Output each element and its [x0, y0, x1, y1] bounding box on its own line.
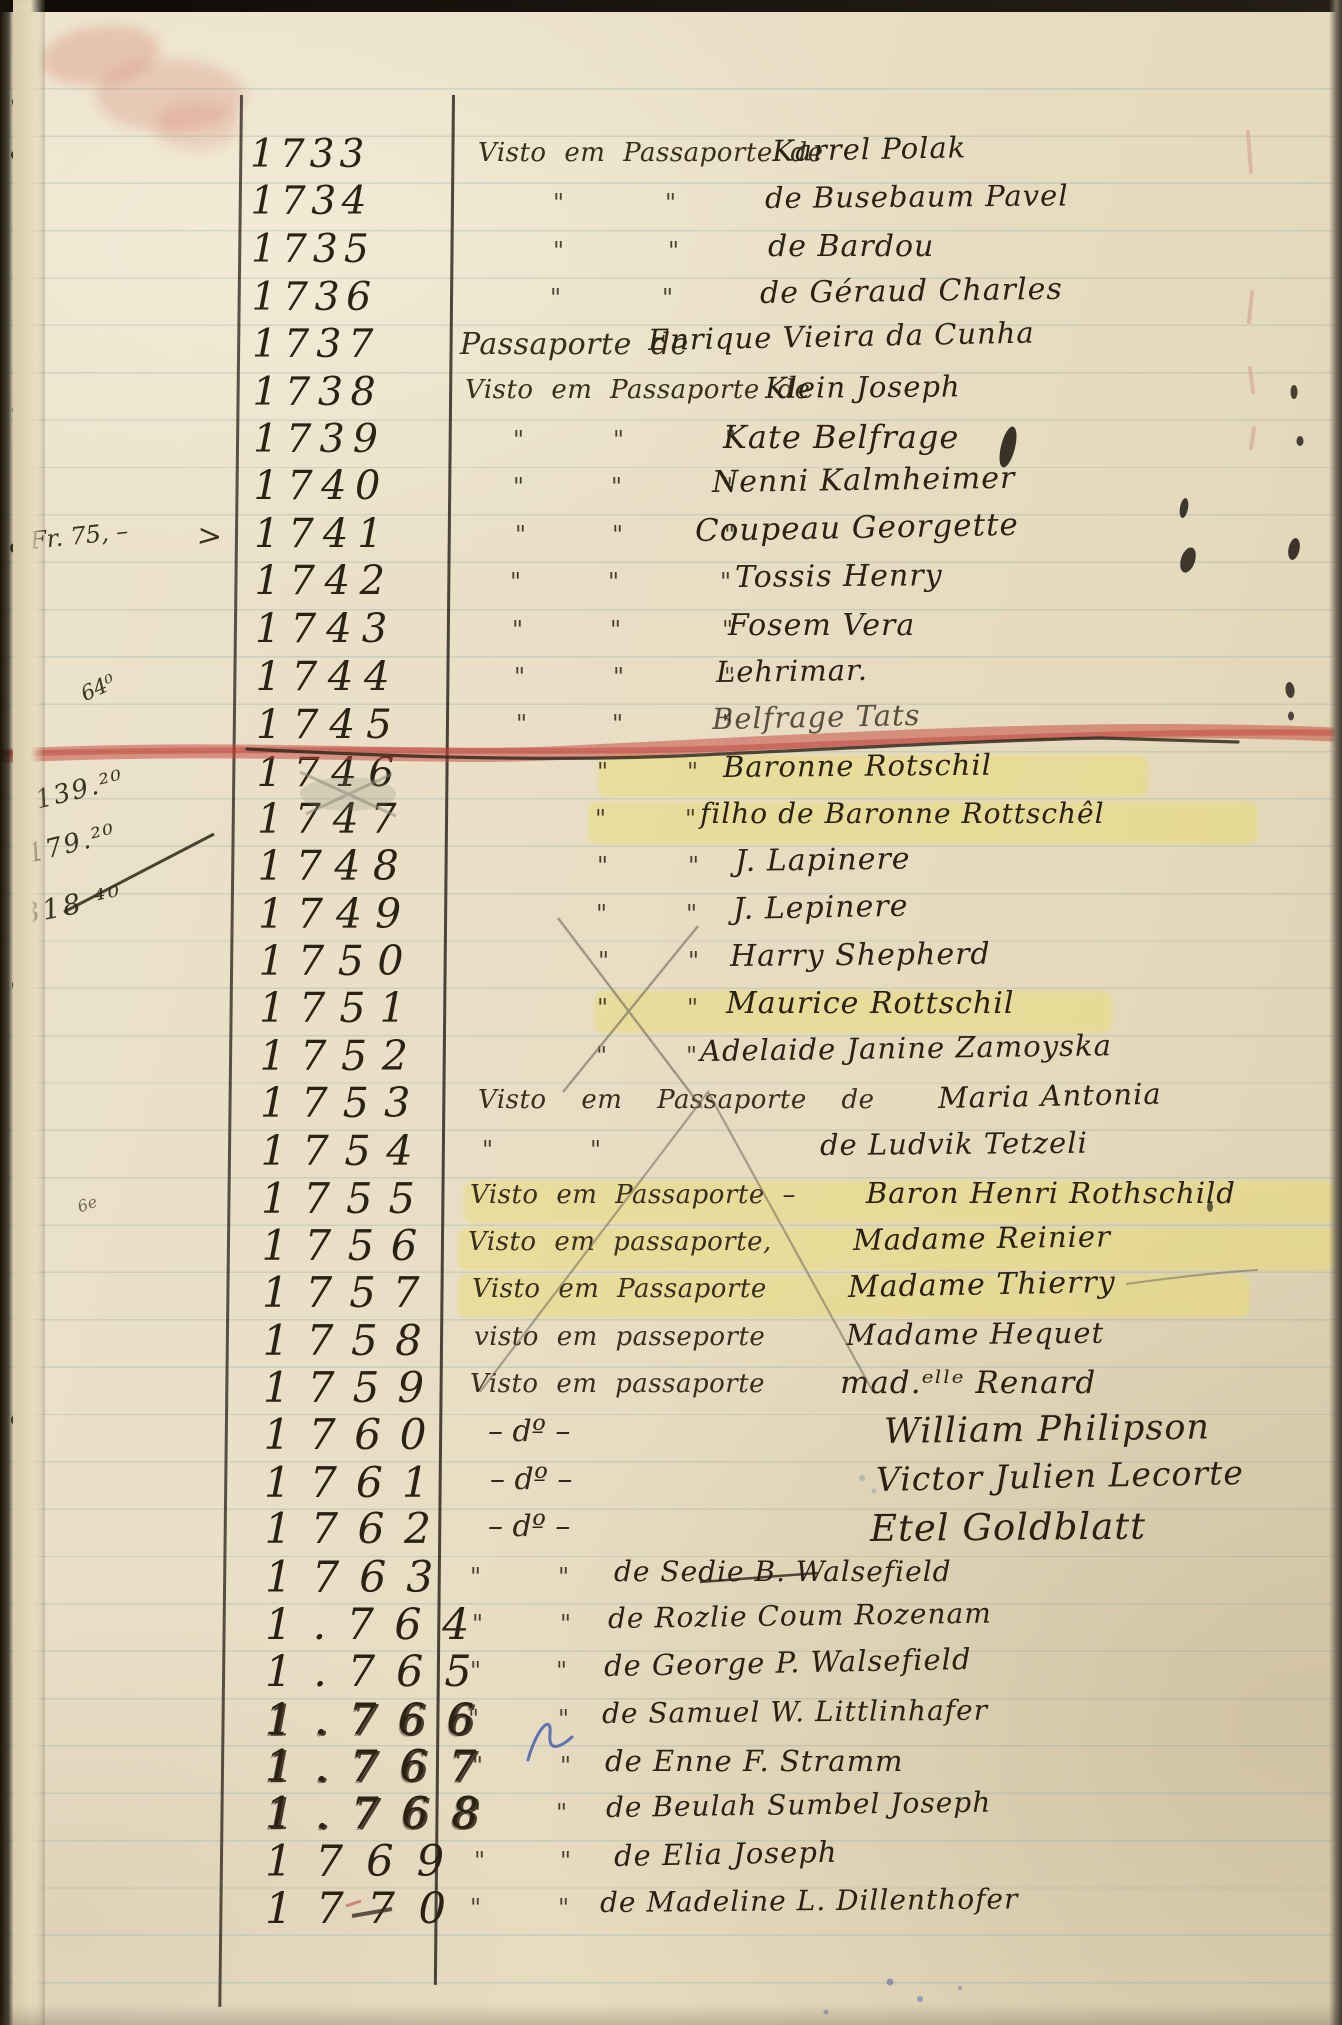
entry-name: J. Lapinere [735, 842, 911, 879]
entry-name: Belfrage Tats [712, 698, 921, 736]
entry-number: 1753 [260, 1079, 425, 1127]
ditto-mark: " [472, 1752, 483, 1780]
ditto-mark: " [688, 947, 699, 975]
entry-name: Fosem Vera [728, 608, 915, 643]
ditto-mark: " [685, 805, 696, 833]
page-right-edge [1329, 0, 1342, 2025]
entry-name: de George P. Walsefield [604, 1642, 972, 1683]
ledger-row: 1736""de Géraud Charles [0, 274, 1342, 324]
ledger-row: 1746""Baronne Rotschil [0, 748, 1342, 798]
entry-number: 1749 [258, 890, 414, 938]
ditto-mark: " [598, 947, 609, 975]
entry-prefix: Visto em passaporte [470, 1369, 765, 1399]
ditto-mark: " [512, 616, 523, 644]
margin-arrow: > [196, 518, 224, 555]
entry-name: de Rozlie Coum Rozenam [608, 1596, 992, 1634]
ditto-mark: " [597, 758, 608, 786]
entry-number: 1754 [261, 1126, 429, 1175]
entry-name: Madame Hequet [846, 1315, 1105, 1351]
ledger-row: 1769""de Elia Joseph [0, 1837, 1342, 1887]
entry-number: 1759 [263, 1363, 442, 1412]
ditto-mark: " [556, 1799, 567, 1827]
entry-name: mad.ᵉˡˡᵉ Renard [840, 1365, 1096, 1401]
ditto-mark: " [550, 284, 561, 312]
ledger-row: 1760– dº –William Philipson [0, 1410, 1342, 1460]
ledger-row: 1756Visto em passaporte,Madame Reinier [0, 1221, 1342, 1271]
entry-name: de Sedie B. Walsefield [614, 1555, 952, 1588]
ledger-row: 1.766""de Samuel W. Littlinhafer [0, 1695, 1342, 1745]
entry-number: 1762 [265, 1505, 451, 1554]
ditto-mark: " [470, 1657, 481, 1685]
entry-name: Maurice Rottschil [726, 986, 1014, 1021]
ditto-mark: " [560, 1847, 571, 1875]
ditto-mark: " [514, 663, 525, 691]
entry-number: 1745 [256, 700, 403, 748]
ditto-mark: " [611, 473, 622, 501]
entry-name: Maria Antonia [938, 1077, 1162, 1115]
ledger-row: 1748""J. Lapinere [0, 842, 1342, 892]
ditto-mark: " [513, 426, 524, 454]
entry-prefix: Visto em passaporte, [468, 1227, 772, 1257]
entry-name: de Ludvik Tetzeli [820, 1126, 1088, 1162]
ditto-mark: " [686, 900, 697, 928]
entry-name: Adelaide Janine Zamoyska [700, 1028, 1112, 1068]
ledger-row: 1735""de Bardou [0, 227, 1342, 277]
entry-number: 1737 [252, 321, 380, 367]
entry-name: Madame Reinier [853, 1219, 1111, 1257]
ditto-mark: " [687, 758, 698, 786]
ditto-mark: " [516, 710, 527, 738]
entry-number: 1743 [255, 606, 397, 652]
ledger-row: 1752""Adelaide Janine Zamoyska [0, 1032, 1342, 1082]
entry-number: 1748 [258, 842, 412, 890]
ledger-row: 1.765""de George P. Walsefield [0, 1647, 1342, 1697]
entry-number: 1736 [252, 274, 378, 320]
ledger-row: 1742"""Tossis Henry [0, 558, 1342, 608]
ledger-row: 1751""Maurice Rottschil [0, 984, 1342, 1034]
entry-number: 1741 [254, 511, 392, 557]
entry-number: 1733 [250, 132, 369, 177]
entry-prefix: visto em passeporte [474, 1322, 765, 1352]
ditto-mark: " [470, 1799, 481, 1827]
entry-number: 1756 [262, 1221, 434, 1270]
entry-name: Baron Henri Rothschild [866, 1176, 1236, 1210]
ledger-row: 1744"""Lehrimar. [0, 653, 1342, 703]
entry-number: 1.765 [265, 1647, 493, 1697]
ditto-mark: " [560, 1752, 571, 1780]
entry-number: 1744 [256, 653, 401, 700]
entry-number: 1735 [251, 227, 375, 272]
entry-number: 1.764 [265, 1600, 490, 1650]
entry-name: Tossis Henry [735, 558, 943, 595]
entry-name: de Madeline L. Dillenthofer [600, 1882, 1019, 1919]
ledger-row: 1740"""Nenni Kalmheimer [0, 463, 1342, 513]
entry-number: 1769 [265, 1837, 467, 1887]
entry-number: 1.766 [265, 1695, 495, 1745]
page-left-edge [13, 0, 45, 2025]
entry-name: Harry Shepherd [730, 937, 991, 974]
ditto-mark: " [688, 852, 699, 880]
entry-number: 1734 [251, 179, 373, 224]
ditto-mark: " [612, 710, 623, 738]
entry-name: William Philipson [884, 1408, 1210, 1453]
entry-number: 1760 [264, 1410, 445, 1459]
entry-name: Victor Julien Lecorte [876, 1453, 1245, 1499]
entry-number: 1770 [265, 1884, 470, 1934]
ledger-rows: 1733Visto em Passaporte deKarrel Polak17… [0, 0, 1342, 2025]
ditto-mark: " [687, 994, 698, 1022]
ledger-row: 1734""de Busebaum Pavel [0, 179, 1342, 229]
entry-prefix: Visto em Passaporte de [478, 1085, 875, 1115]
entry-name: Lehrimar. [716, 653, 868, 689]
entry-number: 1758 [263, 1316, 440, 1365]
ditto-mark: " [686, 1042, 697, 1070]
ditto-mark: " [513, 473, 524, 501]
ditto-mark: " [553, 189, 564, 217]
entry-number: 1746 [257, 748, 406, 796]
ditto-mark: " [556, 1657, 567, 1685]
entry-number: 1763 [265, 1553, 453, 1603]
entry-name: de Elia Joseph [614, 1834, 838, 1872]
ledger-row: 1.767""de Enne F. Stramm [0, 1742, 1342, 1792]
page-top-edge [0, 0, 1342, 12]
ditto-mark: " [665, 189, 676, 217]
ditto-mark: " [720, 568, 731, 596]
page-bottom-edge [0, 2003, 1342, 2025]
entry-prefix: Visto em Passaporte de [465, 375, 811, 405]
ditto-mark: " [596, 1042, 607, 1070]
entry-number: 1740 [254, 463, 389, 509]
entry-name: de Samuel W. Littlinhafer [602, 1693, 988, 1729]
entry-name: Coupeau Georgette [695, 507, 1020, 549]
ditto-mark: " [468, 1705, 479, 1733]
entry-name: de Busebaum Pavel [765, 179, 1069, 216]
ledger-row: 1.768""de Beulah Sumbel Joseph [0, 1789, 1342, 1839]
entry-prefix: Visto em Passaporte – [470, 1180, 796, 1210]
entry-name: Madame Thierry [848, 1265, 1116, 1305]
entry-name: Etel Goldblatt [870, 1505, 1146, 1550]
ledger-row: 1750""Harry Shepherd [0, 937, 1342, 987]
ledger-row: 1758visto em passeporteMadame Hequet [0, 1316, 1342, 1366]
ledger-row: 1770""de Madeline L. Dillenthofer [0, 1884, 1342, 1934]
entry-name: Karrel Polak [772, 130, 967, 168]
ditto-mark: " [596, 900, 607, 928]
ledger-row: 1733Visto em Passaporte deKarrel Polak [0, 132, 1342, 182]
ditto-mark: " [608, 568, 619, 596]
entry-name: filho de Baronne Rottschêl [700, 797, 1105, 830]
entry-name: Kate Belfrage [723, 418, 959, 456]
ditto-mark: " [597, 852, 608, 880]
entry-number: 1.767 [265, 1742, 498, 1792]
ledger-row: 1755Visto em Passaporte –Baron Henri Rot… [0, 1174, 1342, 1224]
entry-number: 1738 [253, 369, 384, 415]
ditto-do-mark: – dº – [490, 1462, 572, 1497]
ditto-mark: " [515, 521, 526, 549]
entry-name: de Bardou [768, 229, 934, 264]
ledger-row: 1754""de Ludvik Tetzeli [0, 1126, 1342, 1176]
ledger-row: 1759Visto em passaportemad.ᵉˡˡᵉ Renard [0, 1363, 1342, 1413]
ledger-row: 1739"""Kate Belfrage [0, 416, 1342, 466]
ledger-row: 1763""de Sedie B. Walsefield [0, 1553, 1342, 1603]
ditto-mark: " [597, 994, 608, 1022]
ledger-row: 1745"""Belfrage Tats [0, 700, 1342, 750]
entry-number: 1747 [257, 795, 409, 843]
entry-name: Klein Joseph [765, 369, 961, 405]
ditto-mark: " [510, 568, 521, 596]
ditto-do-mark: – dº – [488, 1509, 570, 1544]
ditto-mark: " [612, 521, 623, 549]
entry-name: de Géraud Charles [760, 272, 1063, 311]
ditto-mark: " [560, 1610, 571, 1638]
entry-name: Enrique Vieira da Cunha [648, 316, 1035, 357]
entry-name: Nenni Kalmheimer [712, 461, 1016, 500]
entry-number: 1742 [255, 558, 395, 604]
ledger-row: 1743"""Fosem Vera [0, 606, 1342, 656]
ditto-mark: " [553, 237, 564, 265]
ditto-mark: " [558, 1563, 569, 1591]
entry-number: 1755 [261, 1174, 431, 1223]
ditto-mark: " [472, 1610, 483, 1638]
ditto-do-mark: – dº – [488, 1414, 570, 1449]
entry-number: 1757 [262, 1268, 437, 1317]
ditto-mark: " [613, 663, 624, 691]
entry-number: 1.768 [265, 1789, 501, 1839]
entry-number: 1751 [259, 984, 420, 1032]
ledger-row: 1738Visto em Passaporte deKlein Joseph [0, 369, 1342, 419]
entry-number: 1752 [260, 1032, 423, 1080]
ditto-mark: " [610, 616, 621, 644]
ledger-row: 1747""filho de Baronne Rottschêl [0, 795, 1342, 845]
ledger-row: 1.764""de Rozlie Coum Rozenam [0, 1600, 1342, 1650]
ditto-mark: " [558, 1894, 569, 1922]
entry-name: Baronne Rotschil [723, 747, 992, 783]
entry-name: J. Lepinere [733, 888, 909, 926]
entry-number: 1750 [259, 937, 417, 985]
ditto-mark: " [595, 805, 606, 833]
entry-name: de Enne F. Stramm [605, 1744, 904, 1778]
ditto-mark: " [482, 1136, 493, 1164]
entry-number: 1761 [264, 1458, 448, 1507]
ditto-mark: " [668, 237, 679, 265]
ditto-mark: " [470, 1563, 481, 1591]
ditto-mark: " [474, 1847, 485, 1875]
entry-name: de Beulah Sumbel Joseph [606, 1786, 992, 1824]
ditto-mark: " [470, 1894, 481, 1922]
ledger-row: 1757Visto em PassaporteMadame Thierry [0, 1268, 1342, 1318]
entry-number: 1739 [253, 416, 386, 462]
ledger-row: 1737Passaporte deEnrique Vieira da Cunha [0, 321, 1342, 371]
ledger-page: 1733Visto em Passaporte deKarrel Polak17… [0, 0, 1342, 2025]
ditto-mark: " [662, 284, 673, 312]
binding-edge [0, 0, 14, 2025]
ledger-row: 1762– dº –Etel Goldblatt [0, 1505, 1342, 1555]
ledger-row: 1753Visto em Passaporte deMaria Antonia [0, 1079, 1342, 1129]
ditto-mark: " [558, 1705, 569, 1733]
ledger-row: 1749""J. Lepinere [0, 890, 1342, 940]
ditto-mark: " [590, 1136, 601, 1164]
ditto-mark: " [613, 426, 624, 454]
entry-prefix: Visto em Passaporte [472, 1274, 767, 1304]
ledger-row: 1761– dº –Victor Julien Lecorte [0, 1458, 1342, 1508]
